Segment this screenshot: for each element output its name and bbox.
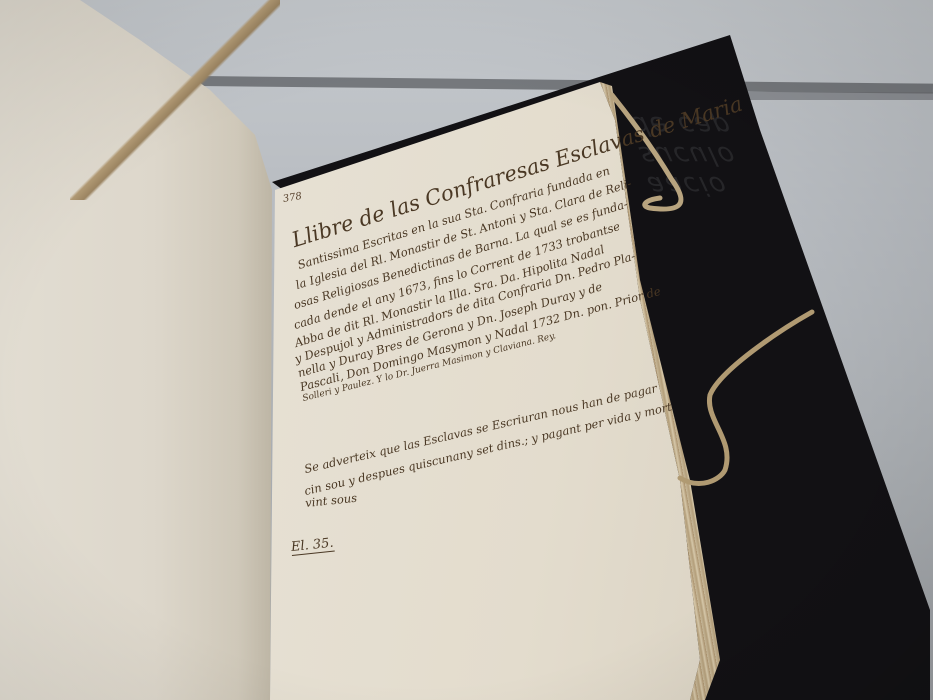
left-page-edge bbox=[70, 0, 280, 200]
museum-display-photo: aacio suculo de cap 378 Llibre de las Co… bbox=[0, 0, 933, 700]
